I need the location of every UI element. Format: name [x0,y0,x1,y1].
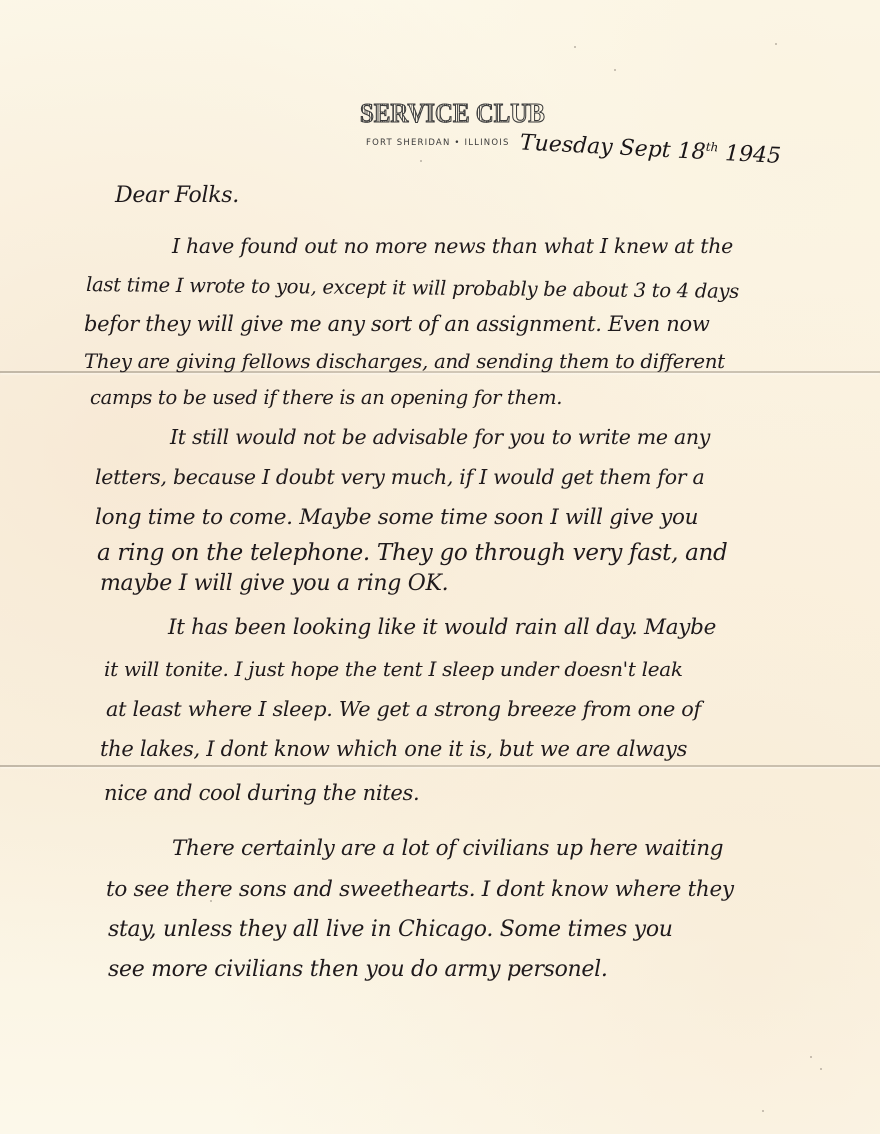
letter-line: at least where I sleep. We get a strong … [106,697,701,721]
letter-line: It still would not be advisable for you … [170,425,710,449]
date-ordinal: th [705,140,718,155]
paper-speck [810,1056,812,1058]
fold-line-lower [0,765,880,767]
paper-speck [210,900,212,902]
letter-line: long time to come. Maybe some time soon … [95,505,698,530]
letter-line: the lakes, I dont know which one it is, … [100,737,687,761]
date-year: 1945 [724,141,781,169]
letter-line: I have found out no more news than what … [172,234,733,258]
letterhead: SERVICE CLUB FORT SHERIDAN • ILLINOIS [360,98,520,148]
letter-line: last time I wrote to you, except it will… [86,273,739,303]
paper-speck [614,69,616,71]
letter-line: befor they will give me any sort of an a… [84,312,710,336]
letter-line: to see there sons and sweethearts. I don… [106,877,734,902]
paper-speck [420,160,422,162]
letterhead-title: SERVICE CLUB [360,98,507,128]
date-text: Tuesday Sept 18 [519,130,706,165]
letter-line: nice and cool during the nites. [104,781,419,805]
salutation: Dear Folks. [115,183,239,208]
letter-line: camps to be used if there is an opening … [90,386,562,409]
letter-line: It has been looking like it would rain a… [168,615,716,640]
letterhead-subtitle: FORT SHERIDAN • ILLINOIS [366,138,520,148]
paper-speck [775,43,777,45]
letter-line: a ring on the telephone. They go through… [97,540,727,566]
letter-line: it will tonite. I just hope the tent I s… [104,657,683,681]
paper-speck [574,46,576,48]
letter-line: stay, unless they all live in Chicago. S… [108,917,673,942]
paper-speck [762,1110,764,1112]
letter-line: maybe I will give you a ring OK. [100,571,448,596]
letter-line: There certainly are a lot of civilians u… [172,836,723,861]
paper-speck [820,1068,822,1070]
letter-line: see more civilians then you do army pers… [108,957,608,982]
letter-date: Tuesday Sept 18th 1945 [519,130,781,169]
letter-line: letters, because I doubt very much, if I… [95,465,704,489]
letter-line: They are giving fellows discharges, and … [84,350,725,373]
letter-page: SERVICE CLUB FORT SHERIDAN • ILLINOIS Tu… [0,0,880,1134]
